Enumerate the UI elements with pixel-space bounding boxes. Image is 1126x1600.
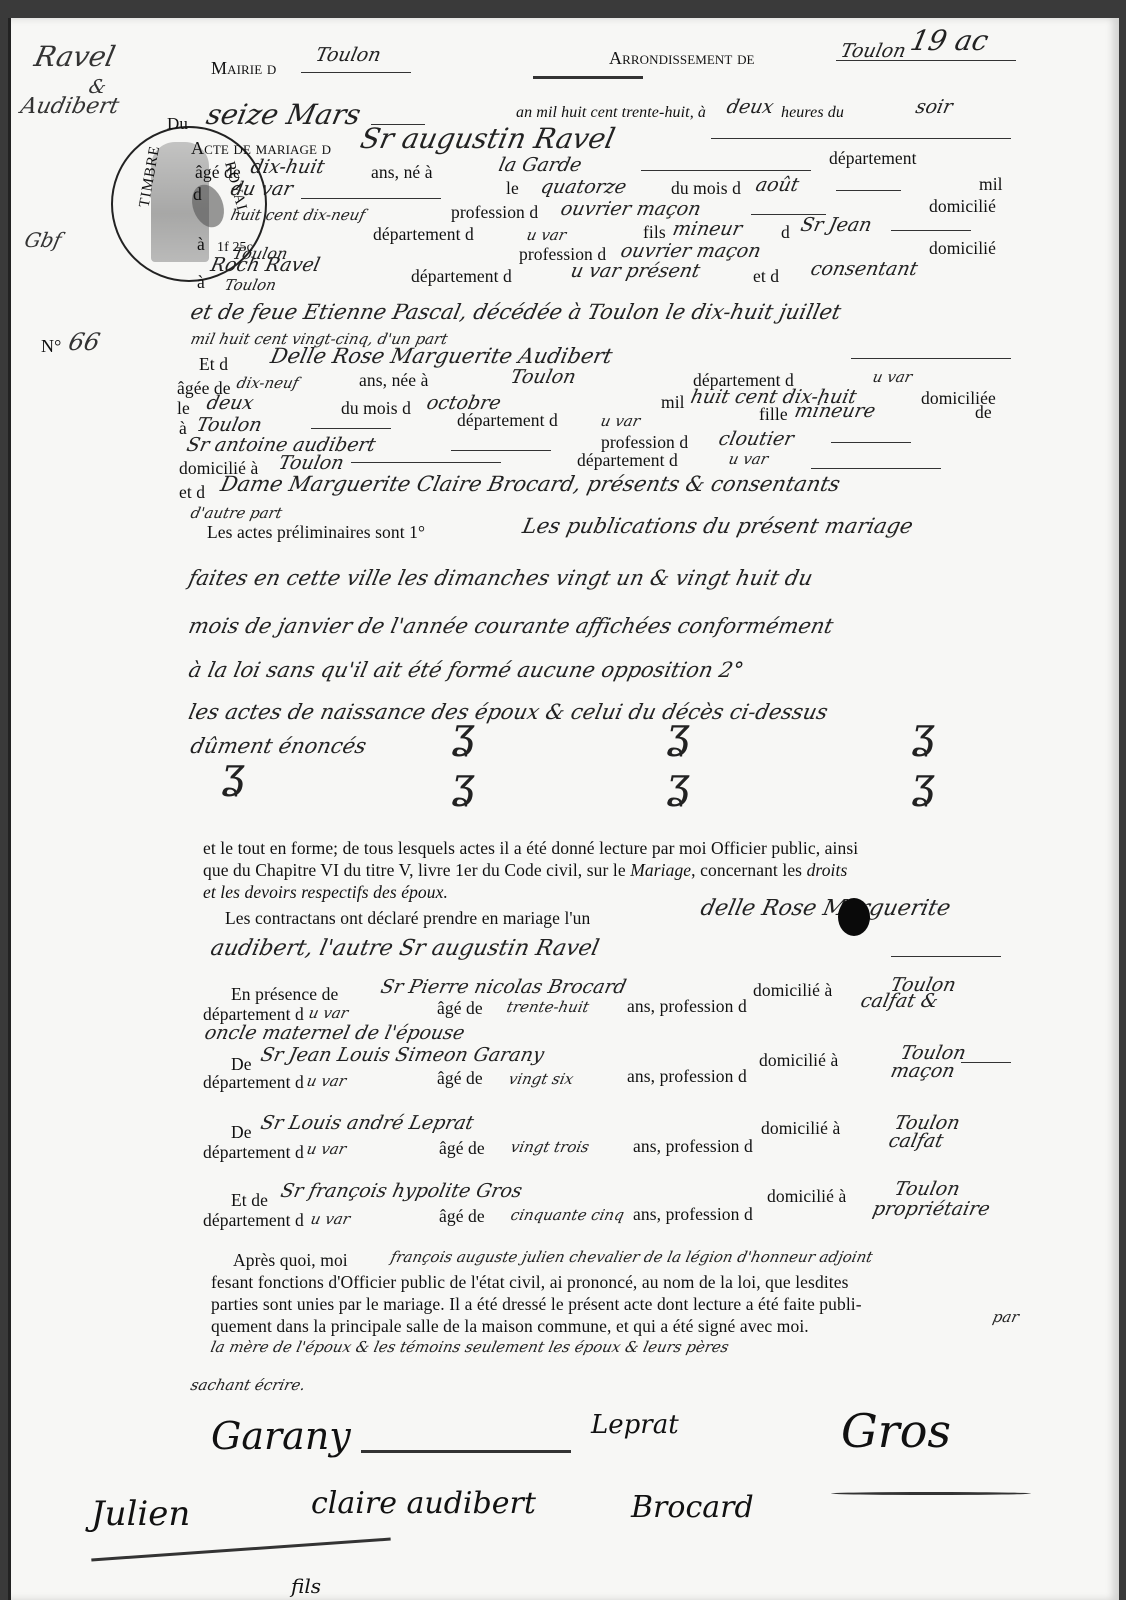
witness-3-age-label: âgé de bbox=[439, 1138, 485, 1159]
contract-hw-2: audibert, l'autre Sr augustin Ravel bbox=[208, 936, 601, 961]
bride-dept2: u var bbox=[599, 412, 642, 430]
page-annotation: 19 ac bbox=[907, 24, 991, 57]
witness-2-dept-label: département d bbox=[203, 1072, 304, 1093]
witness-2-age-label: âgé de bbox=[437, 1068, 483, 1089]
signature-gros: Gros bbox=[841, 1404, 951, 1458]
witness-1-prefix: En présence de bbox=[231, 984, 338, 1005]
fill-flourish-icon: ʓ bbox=[451, 708, 475, 757]
witness-4-age: cinquante cinq bbox=[509, 1206, 626, 1224]
ink-blot bbox=[838, 898, 870, 936]
witness-1-extra: oncle maternel de l'épouse bbox=[203, 1022, 467, 1044]
groom-born-label: ans, né à bbox=[371, 162, 433, 183]
witness-4-domicile-label: domicilié à bbox=[767, 1186, 846, 1207]
closing-hw-line-2: sachant écrire. bbox=[189, 1376, 307, 1394]
groom-age: dix-huit bbox=[249, 156, 327, 178]
witness-2-profession: maçon bbox=[889, 1060, 957, 1082]
bride-month-label: du mois d bbox=[341, 398, 411, 419]
preliminary-line-5: les actes de naissance des époux & celui… bbox=[186, 700, 830, 724]
signature-brocard: Brocard bbox=[631, 1490, 754, 1525]
bride-age: dix-neuf bbox=[235, 374, 300, 392]
bride-father-dept-label: département d bbox=[577, 450, 678, 471]
witness-2-domicile-label: domicilié à bbox=[759, 1050, 838, 1071]
closing-hw-end: par bbox=[991, 1308, 1021, 1326]
groom-dept2-label: département d bbox=[373, 224, 474, 245]
body-line-2b: Mariage bbox=[630, 860, 691, 880]
witness-2-dept: u var bbox=[305, 1072, 348, 1090]
groom-mother-line: et de feue Etienne Pascal, décédée à Tou… bbox=[188, 300, 843, 324]
witness-3-name: Sr Louis andré Leprat bbox=[259, 1112, 476, 1134]
witness-4-name: Sr françois hypolite Gros bbox=[279, 1180, 525, 1202]
groom-and-label: et d bbox=[753, 266, 779, 287]
bride-dept: u var bbox=[871, 368, 914, 386]
groom-father: Sr Jean bbox=[799, 214, 874, 236]
preliminary-line-6: dûment énoncés bbox=[188, 734, 368, 758]
body-line-3: et les devoirs respectifs des époux. bbox=[203, 882, 448, 903]
closing-line-2: fesant fonctions d'Officier public de l'… bbox=[211, 1272, 849, 1293]
fill-flourish-icon: ʓ bbox=[221, 748, 245, 797]
groom-year-label: mil bbox=[979, 174, 1003, 195]
witness-3-dept-label: département d bbox=[203, 1142, 304, 1163]
closing-line-1-label: Après quoi, moi bbox=[233, 1250, 348, 1271]
groom-day-label: le bbox=[506, 178, 519, 199]
witness-1-profession-label: ans, profession d bbox=[627, 996, 747, 1017]
groom-domicile-label: domicilié bbox=[929, 196, 996, 217]
groom-profession: ouvrier maçon bbox=[559, 198, 703, 220]
period-value: soir bbox=[914, 96, 955, 118]
bride-dept2-label: département d bbox=[457, 410, 558, 431]
groom-dept2: u var bbox=[525, 226, 568, 244]
body-line-1: et le tout en forme; de tous lesquels ac… bbox=[203, 838, 858, 859]
bride-day-label: le bbox=[177, 398, 190, 419]
witness-3-prefix: De bbox=[231, 1122, 252, 1143]
bride-father-domicile: Toulon bbox=[277, 452, 346, 474]
witness-3-profession-label: ans, profession d bbox=[633, 1136, 753, 1157]
groom-profession-label: profession d bbox=[451, 202, 538, 223]
preliminary-line-4: à la loi sans qu'il ait été formé aucune… bbox=[186, 658, 745, 682]
date-prefix: Du bbox=[167, 114, 188, 134]
witness-1-age: trente-huit bbox=[505, 998, 591, 1016]
groom-year: huit cent dix-neuf bbox=[229, 206, 367, 224]
bride-born-label: ans, née à bbox=[359, 370, 429, 391]
margin-annotation: Gbf bbox=[22, 228, 63, 252]
bride-name: Delle Rose Marguerite Audibert bbox=[268, 344, 614, 368]
witness-1-profession: calfat & bbox=[859, 990, 941, 1012]
groom-son-status: mineur bbox=[671, 218, 745, 240]
preliminary-line-2: faites en cette ville les dimanches ving… bbox=[186, 566, 814, 590]
record-number: 66 bbox=[66, 328, 102, 356]
fill-flourish-icon: ʓ bbox=[911, 708, 935, 757]
groom-father-prefix: d bbox=[781, 222, 790, 243]
witness-2-name: Sr Jean Louis Simeon Garany bbox=[259, 1044, 546, 1066]
groom-father-domicile-label: domicilié bbox=[929, 238, 996, 259]
groom-dept: du var bbox=[229, 178, 295, 200]
date-value: seize Mars bbox=[203, 98, 363, 131]
groom-dept-label: département bbox=[829, 148, 917, 169]
witness-4-profession-label: ans, profession d bbox=[633, 1204, 753, 1225]
signature-garany: Garany bbox=[211, 1414, 351, 1458]
groom-birthplace: la Garde bbox=[497, 154, 584, 176]
year-text: an mil huit cent trente-huit, à bbox=[516, 104, 706, 122]
witness-3-domicile-label: domicilié à bbox=[761, 1118, 840, 1139]
margin-name-bride: Audibert bbox=[18, 94, 121, 119]
groom-name: Sr augustin Ravel bbox=[357, 122, 617, 155]
witness-1-age-label: âgé de bbox=[437, 998, 483, 1019]
groom-father-domicile: Toulon bbox=[223, 276, 278, 294]
groom-dept-prefix: d bbox=[193, 184, 202, 205]
groom-father-dept-label: département d bbox=[411, 266, 512, 287]
preliminary-line-3: mois de janvier de l'année courante affi… bbox=[186, 614, 835, 638]
witness-1-dept: u var bbox=[307, 1004, 350, 1022]
closing-line-3: parties sont unies par le mariage. Il a … bbox=[211, 1294, 862, 1315]
signature-julien-flourish: fils bbox=[291, 1574, 321, 1598]
closing-hw-line-1: la mère de l'époux & les témoins seuleme… bbox=[209, 1338, 730, 1356]
mairie-value: Toulon bbox=[314, 44, 383, 66]
groom-month-label: du mois d bbox=[671, 178, 741, 199]
witness-1-name: Sr Pierre nicolas Brocard bbox=[379, 976, 629, 998]
record-number-label: N° bbox=[41, 336, 61, 357]
signature-julien: Julien bbox=[91, 1494, 190, 1534]
bride-mother: Dame Marguerite Claire Brocard, présents… bbox=[218, 472, 842, 496]
groom-father-dept: u var présent bbox=[569, 260, 703, 282]
contract-label: Les contractans ont déclaré prendre en m… bbox=[225, 908, 590, 929]
marriage-record-page: Ravel & Audibert Gbf N° 66 TIMBRE ROYAL … bbox=[8, 18, 1119, 1600]
bride-day: deux bbox=[205, 392, 256, 414]
groom-father-domicile-prefix: à bbox=[197, 272, 205, 293]
witness-1-domicile-label: domicilié à bbox=[753, 980, 832, 1001]
bride-and-label: Et d bbox=[199, 354, 228, 375]
bride-daughter-status: mineure bbox=[793, 400, 878, 422]
hour-text: heures du bbox=[781, 104, 844, 122]
body-line-2: que du Chapitre VI du titre V, livre 1er… bbox=[203, 860, 847, 881]
bride-father-dept: u var bbox=[727, 450, 770, 468]
mairie-label: Mairie d bbox=[211, 58, 276, 79]
bride-mother-label: et d bbox=[179, 482, 205, 503]
bride-year-label: mil bbox=[661, 392, 685, 413]
signature-leprat: Leprat bbox=[591, 1410, 679, 1440]
bride-mother-cont: d'autre part bbox=[189, 504, 284, 522]
bride-domicile-prefix: à bbox=[179, 418, 187, 439]
witness-4-prefix: Et de bbox=[231, 1190, 268, 1211]
groom-month: août bbox=[754, 174, 801, 196]
hour-value: deux bbox=[725, 96, 776, 118]
contract-hw-1: delle Rose Marguerite bbox=[698, 896, 952, 921]
signature-claire-audibert: claire audibert bbox=[311, 1486, 536, 1521]
witness-4-dept: u var bbox=[309, 1210, 352, 1228]
bride-daughter-label: fille bbox=[759, 404, 788, 425]
bride-birthplace: Toulon bbox=[509, 366, 578, 388]
witness-2-age: vingt six bbox=[507, 1070, 575, 1088]
margin-name-groom: Ravel bbox=[31, 40, 118, 73]
groom-day: quatorze bbox=[539, 176, 629, 198]
witness-3-dept: u var bbox=[305, 1140, 348, 1158]
witness-2-profession-label: ans, profession d bbox=[627, 1066, 747, 1087]
body-line-2c: , concernant les bbox=[691, 860, 806, 880]
arrondissement-value: Toulon bbox=[839, 40, 908, 62]
body-line-2d: droits bbox=[807, 860, 848, 880]
arrondissement-label: Arrondissement de bbox=[609, 48, 755, 69]
fill-flourish-icon: ʓ bbox=[911, 758, 935, 807]
bride-father-profession: cloutier bbox=[717, 428, 796, 450]
closing-officer: françois auguste julien chevalier de la … bbox=[389, 1248, 874, 1266]
bride-domicile: Toulon bbox=[195, 414, 264, 436]
bride-of-label: de bbox=[975, 402, 992, 423]
groom-father-cont: Roch Ravel bbox=[209, 254, 322, 276]
preliminary-label: Les actes préliminaires sont 1° bbox=[207, 522, 425, 543]
witness-3-profession: calfat bbox=[887, 1130, 946, 1152]
groom-domicile-prefix: à bbox=[197, 234, 205, 255]
groom-consent: consentant bbox=[809, 258, 920, 280]
preliminary-line-1: Les publications du présent mariage bbox=[520, 514, 915, 538]
closing-line-4: quement dans la principale salle de la m… bbox=[211, 1316, 809, 1337]
fill-flourish-icon: ʓ bbox=[451, 758, 475, 807]
groom-father-profession: ouvrier maçon bbox=[619, 240, 763, 262]
witness-4-profession: propriétaire bbox=[871, 1198, 992, 1220]
fill-flourish-icon: ʓ bbox=[666, 708, 690, 757]
witness-4-age-label: âgé de bbox=[439, 1206, 485, 1227]
body-line-2a: que du Chapitre VI du titre V, livre 1er… bbox=[203, 860, 630, 880]
witness-3-age: vingt trois bbox=[509, 1138, 591, 1156]
fill-flourish-icon: ʓ bbox=[666, 758, 690, 807]
witness-4-domicile: Toulon bbox=[893, 1178, 962, 1200]
witness-4-dept-label: département d bbox=[203, 1210, 304, 1231]
